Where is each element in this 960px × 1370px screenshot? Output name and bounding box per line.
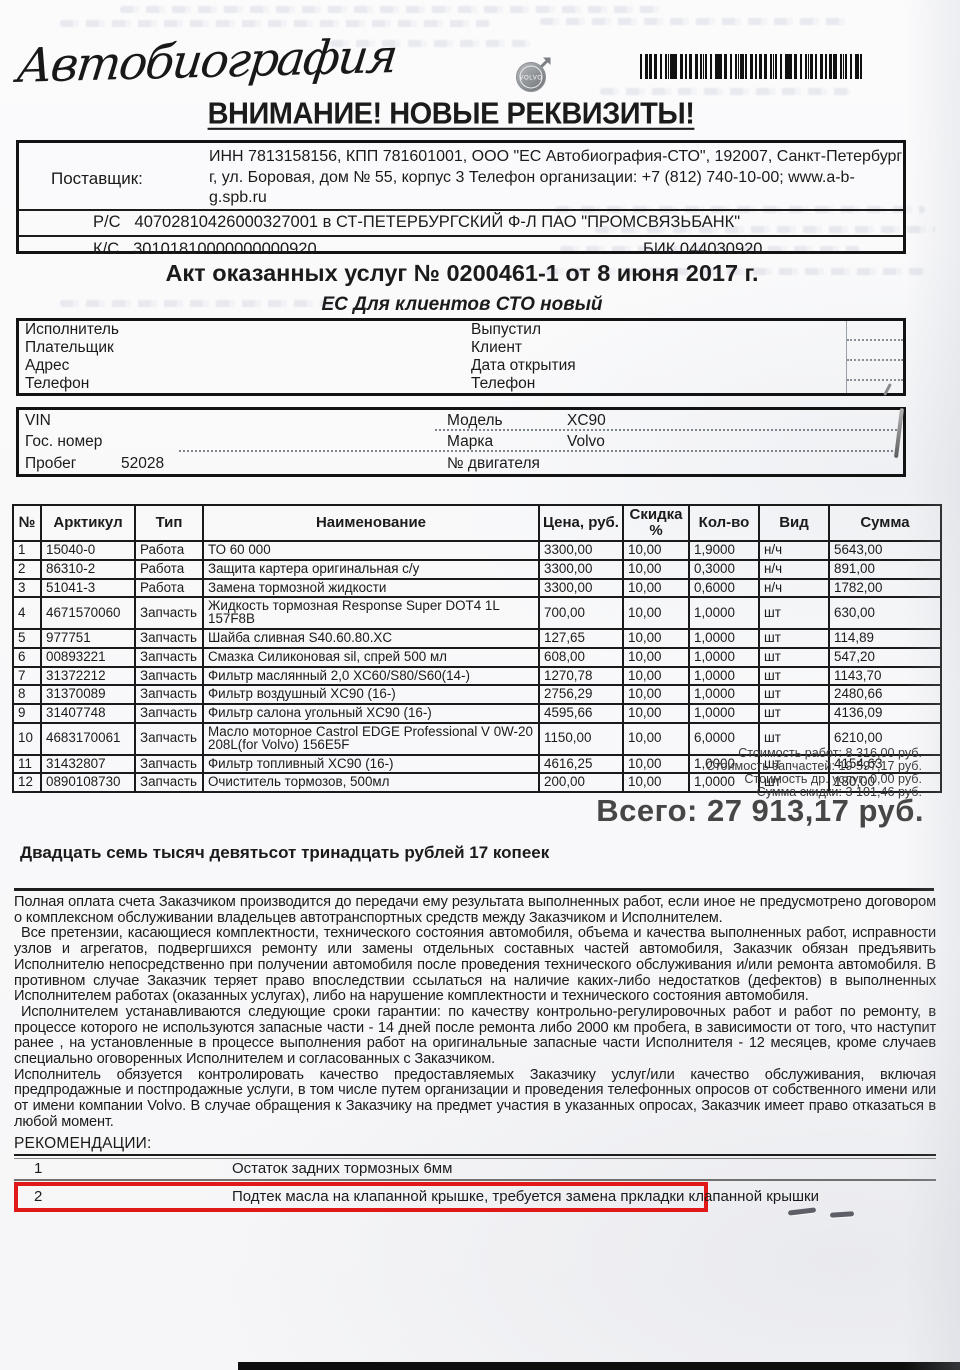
form-label: № двигателя bbox=[447, 455, 540, 472]
table-row: 2 86310-2 Работа Защита картера оригинал… bbox=[13, 560, 941, 579]
correspondent-account-row: К/С30101810000000000920 БИК 044030920 bbox=[19, 235, 903, 262]
cell-num: 10 bbox=[13, 723, 41, 755]
attention-title: ВНИМАНИЕ! НОВЫЕ РЕКВИЗИТЫ! bbox=[0, 97, 902, 132]
cell-unit: шт bbox=[759, 685, 829, 704]
form-label: Клиент bbox=[471, 339, 522, 356]
cell-discount: 10,00 bbox=[623, 773, 689, 792]
table-row: 6 00893221 Запчасть Смазка Силиконовая s… bbox=[13, 648, 941, 667]
cell-name: Фильтр маслянный 2,0 XC60/S80/S60(14-) bbox=[203, 667, 539, 686]
scan-edge-shadow bbox=[238, 1362, 960, 1370]
barcode bbox=[640, 54, 862, 79]
cell-price: 3300,00 bbox=[539, 560, 623, 579]
cell-sum: 4136,09 bbox=[829, 704, 941, 723]
cell-name: ТО 60 000 bbox=[203, 541, 539, 560]
terms-paragraph: Полная оплата счета Заказчиком производи… bbox=[14, 895, 936, 926]
cell-type: Запчасть bbox=[135, 667, 203, 686]
cell-discount: 10,00 bbox=[623, 685, 689, 704]
form-row: № двигателя bbox=[447, 453, 540, 474]
cell-article: 51041-3 bbox=[41, 579, 135, 598]
cell-article: 31370089 bbox=[41, 685, 135, 704]
cell-discount: 10,00 bbox=[623, 704, 689, 723]
cell-sum: 1782,00 bbox=[829, 579, 941, 598]
form-label: Марка bbox=[447, 433, 493, 450]
cell-name: Замена тормозной жидкости bbox=[203, 579, 539, 598]
settlement-account-row: Р/С40702810426000327001 в СТ-ПЕТЕРБУРГСК… bbox=[19, 209, 903, 235]
table-row: 9 31407748 Запчасть Фильтр салона угольн… bbox=[13, 704, 941, 723]
bleedthrough-text bbox=[540, 18, 850, 25]
items-table-header-cell: Сумма bbox=[829, 505, 941, 541]
cell-type: Работа bbox=[135, 579, 203, 598]
cell-type: Запчасть bbox=[135, 704, 203, 723]
cell-price: 700,00 bbox=[539, 597, 623, 629]
form-value: 52028 bbox=[121, 453, 164, 474]
volvo-logo-text: VOLVO bbox=[519, 76, 542, 82]
bleedthrough-text bbox=[60, 20, 490, 27]
cell-unit: н/ч bbox=[759, 579, 829, 598]
cell-name: Защита картера оригинальная с/у bbox=[203, 560, 539, 579]
vehicle-left-column: VIN Гос. номер Пробег 52028 bbox=[25, 410, 102, 474]
recommendation-text: Подтек масла на клапанной крышке, требуе… bbox=[232, 1187, 819, 1206]
cell-price: 3300,00 bbox=[539, 579, 623, 598]
cell-article: 31372212 bbox=[41, 667, 135, 686]
cell-discount: 10,00 bbox=[623, 629, 689, 648]
cell-type: Запчасть bbox=[135, 597, 203, 629]
form-value: XC90 bbox=[567, 410, 606, 431]
dotted-fill-line bbox=[435, 429, 897, 431]
cell-discount: 10,00 bbox=[623, 579, 689, 598]
cell-type: Запчасть bbox=[135, 755, 203, 774]
cell-name: Фильтр топливный XC90 (16-) bbox=[203, 755, 539, 774]
form-row: Клиент bbox=[471, 339, 576, 357]
cell-price: 1270,78 bbox=[539, 667, 623, 686]
cell-num: 12 bbox=[13, 773, 41, 792]
cell-discount: 10,00 bbox=[623, 755, 689, 774]
cell-sum: 547,20 bbox=[829, 648, 941, 667]
table-row: 4 4671570060 Запчасть Жидкость тормозная… bbox=[13, 597, 941, 629]
cell-article: 0890108730 bbox=[41, 773, 135, 792]
cell-unit: шт bbox=[759, 629, 829, 648]
dotted-fill-line bbox=[179, 450, 897, 452]
form-label: Адрес bbox=[25, 357, 69, 374]
cell-num: 9 bbox=[13, 704, 41, 723]
client-info-box: ИсполнительПлательщикАдресТелефон Выпуст… bbox=[16, 318, 906, 396]
terms-paragraph: Исполнителем устанавливаются следующие с… bbox=[14, 1005, 936, 1068]
form-label: VIN bbox=[25, 412, 51, 429]
supplier-label: Поставщик: bbox=[19, 145, 209, 209]
form-label: Телефон bbox=[25, 375, 89, 392]
section-divider bbox=[14, 888, 934, 891]
form-row: Адрес bbox=[25, 357, 119, 375]
form-row: Дата открытия bbox=[471, 357, 576, 375]
cell-discount: 10,00 bbox=[623, 597, 689, 629]
total-line: Стоимость др. услуг: 0,00 руб. bbox=[706, 773, 922, 786]
vehicle-right-column: Модель XC90 Марка Volvo № двигателя bbox=[447, 410, 540, 474]
cell-qty: 0,6000 bbox=[689, 579, 759, 598]
cell-article: 31407748 bbox=[41, 704, 135, 723]
cell-type: Запчасть bbox=[135, 723, 203, 755]
cell-num: 4 bbox=[13, 597, 41, 629]
totals-block: Стоимость работ: 8 316,00 руб.Стоимость … bbox=[706, 747, 922, 799]
supplier-details: ИНН 7813158156, КПП 781601001, ООО "ЕС А… bbox=[209, 145, 903, 209]
form-row: Плательщик bbox=[25, 339, 119, 357]
volvo-logo-icon: VOLVO bbox=[512, 54, 554, 96]
table-row: 3 51041-3 Работа Замена тормозной жидкос… bbox=[13, 579, 941, 598]
amount-in-words: Двадцать семь тысяч девятьсот тринадцать… bbox=[20, 843, 549, 863]
supplier-details-line: g.spb.ru bbox=[209, 188, 903, 209]
act-title: Акт оказанных услуг № 0200461-1 от 8 июн… bbox=[0, 260, 924, 287]
grand-total: Всего: 27 913,17 руб. bbox=[596, 793, 924, 829]
table-row: 5 977751 Запчасть Шайба сливная S40.60.8… bbox=[13, 629, 941, 648]
cell-num: 2 bbox=[13, 560, 41, 579]
cell-unit: шт bbox=[759, 648, 829, 667]
cell-name: Жидкость тормозная Response Super DOT4 1… bbox=[203, 597, 539, 629]
supplier-details-line: ИНН 7813158156, КПП 781601001, ООО "ЕС А… bbox=[209, 147, 903, 168]
total-line: Стоимость запчастей: 19 597,17 руб. bbox=[706, 760, 922, 773]
recommendations-title: РЕКОМЕНДАЦИИ: bbox=[14, 1135, 936, 1154]
recommendations-section: РЕКОМЕНДАЦИИ: 1 Остаток задних тормозных… bbox=[14, 1135, 936, 1212]
cell-name: Фильтр воздушный XC90 (16-) bbox=[203, 685, 539, 704]
items-table-header-cell: Тип bbox=[135, 505, 203, 541]
cell-article: 31432807 bbox=[41, 755, 135, 774]
cell-sum: 891,00 bbox=[829, 560, 941, 579]
cell-article: 15040-0 bbox=[41, 541, 135, 560]
cell-type: Запчасть bbox=[135, 629, 203, 648]
items-table-header-cell: Наименование bbox=[203, 505, 539, 541]
form-row: Выпустил bbox=[471, 321, 576, 339]
cell-article: 4671570060 bbox=[41, 597, 135, 629]
cell-name: Фильтр салона угольный XC90 (16-) bbox=[203, 704, 539, 723]
form-label: Модель bbox=[447, 412, 503, 429]
cell-qty: 1,0000 bbox=[689, 648, 759, 667]
cell-num: 3 bbox=[13, 579, 41, 598]
cell-type: Запчасть bbox=[135, 648, 203, 667]
form-label: Исполнитель bbox=[25, 321, 119, 338]
cell-article: 977751 bbox=[41, 629, 135, 648]
form-row: Пробег 52028 bbox=[25, 453, 102, 474]
staple-mark bbox=[830, 1211, 854, 1218]
cell-type: Запчасть bbox=[135, 685, 203, 704]
table-row: 1 15040-0 Работа ТО 60 000 3300,00 10,00… bbox=[13, 541, 941, 560]
rs-value: 40702810426000327001 в СТ-ПЕТЕРБУРГСКИЙ … bbox=[135, 213, 741, 231]
items-table-header-cell: Арктикул bbox=[41, 505, 135, 541]
form-label: Гос. номер bbox=[25, 433, 102, 450]
items-table-header-cell: Кол-во bbox=[689, 505, 759, 541]
cell-unit: шт bbox=[759, 597, 829, 629]
cell-qty: 1,0000 bbox=[689, 667, 759, 686]
form-row: Телефон bbox=[25, 375, 119, 393]
cell-qty: 1,0000 bbox=[689, 597, 759, 629]
recommendation-row: 1 Остаток задних тормозных 6мм bbox=[14, 1159, 936, 1181]
ks-label: К/С bbox=[93, 240, 119, 258]
form-label: Выпустил bbox=[471, 321, 541, 338]
cell-num: 7 bbox=[13, 667, 41, 686]
items-table-header-cell: № bbox=[13, 505, 41, 541]
cell-article: 00893221 bbox=[41, 648, 135, 667]
form-row: Телефон bbox=[471, 375, 576, 393]
items-table-header-cell: Вид bbox=[759, 505, 829, 541]
items-table-header-cell: Скидка % bbox=[623, 505, 689, 541]
cell-qty: 1,0000 bbox=[689, 704, 759, 723]
cell-price: 4616,25 bbox=[539, 755, 623, 774]
bleedthrough-text bbox=[120, 6, 660, 13]
form-label: Плательщик bbox=[25, 339, 114, 356]
cell-article: 86310-2 bbox=[41, 560, 135, 579]
cell-sum: 114,89 bbox=[829, 629, 941, 648]
cell-type: Работа bbox=[135, 541, 203, 560]
cell-sum: 1143,70 bbox=[829, 667, 941, 686]
cell-qty: 1,9000 bbox=[689, 541, 759, 560]
cell-discount: 10,00 bbox=[623, 541, 689, 560]
cell-qty: 1,0000 bbox=[689, 685, 759, 704]
cell-discount: 10,00 bbox=[623, 667, 689, 686]
total-line: Стоимость работ: 8 316,00 руб. bbox=[706, 747, 922, 760]
terms-paragraph: Исполнитель обязуется контролировать кач… bbox=[14, 1068, 936, 1131]
form-label: Телефон bbox=[471, 375, 535, 392]
cell-price: 4595,66 bbox=[539, 704, 623, 723]
form-row: VIN bbox=[25, 410, 102, 431]
cell-num: 1 bbox=[13, 541, 41, 560]
form-fill-column bbox=[846, 321, 903, 393]
cell-type: Работа bbox=[135, 560, 203, 579]
cell-name: Масло моторное Castrol EDGE Professional… bbox=[203, 723, 539, 755]
cell-type: Запчасть bbox=[135, 773, 203, 792]
cell-sum: 5643,00 bbox=[829, 541, 941, 560]
cell-unit: н/ч bbox=[759, 560, 829, 579]
cell-price: 200,00 bbox=[539, 773, 623, 792]
cell-num: 8 bbox=[13, 685, 41, 704]
recommendation-row: 2 Подтек масла на клапанной крышке, треб… bbox=[14, 1182, 708, 1212]
bleedthrough-text bbox=[600, 88, 850, 95]
cell-num: 6 bbox=[13, 648, 41, 667]
cell-name: Смазка Силиконовая sil, спрей 500 мл bbox=[203, 648, 539, 667]
terms-text: Полная оплата счета Заказчиком производи… bbox=[14, 895, 936, 1131]
vehicle-info-box: VIN Гос. номер Пробег 52028 Модель XC90 … bbox=[16, 407, 906, 477]
document-page: Автобиография VOLVO ВНИМАНИЕ! НОВЫЕ РЕКВ… bbox=[0, 0, 960, 1370]
cell-num: 5 bbox=[13, 629, 41, 648]
recommendation-number: 1 bbox=[34, 1159, 42, 1178]
form-row: Гос. номер bbox=[25, 431, 102, 452]
cell-price: 3300,00 bbox=[539, 541, 623, 560]
cell-price: 127,65 bbox=[539, 629, 623, 648]
cell-discount: 10,00 bbox=[623, 723, 689, 755]
table-row: 7 31372212 Запчасть Фильтр маслянный 2,0… bbox=[13, 667, 941, 686]
form-label: Дата открытия bbox=[471, 357, 576, 374]
cell-name: Очиститель тормозов, 500мл bbox=[203, 773, 539, 792]
terms-paragraph: Все претензии, касающиеся комплектности,… bbox=[14, 926, 936, 1005]
cell-qty: 0,3000 bbox=[689, 560, 759, 579]
client-info-right-column: ВыпустилКлиентДата открытияТелефон bbox=[471, 321, 576, 393]
form-label: Пробег bbox=[25, 455, 76, 472]
act-subtitle: ЕС Для клиентов СТО новый bbox=[0, 294, 924, 316]
cell-sum: 630,00 bbox=[829, 597, 941, 629]
cell-num: 11 bbox=[13, 755, 41, 774]
supplier-details-line: г, ул. Боровая, дом № 55, корпус 3 Телеф… bbox=[209, 168, 903, 189]
cell-qty: 1,0000 bbox=[689, 629, 759, 648]
cell-name: Шайба сливная S40.60.80.XC bbox=[203, 629, 539, 648]
cell-discount: 10,00 bbox=[623, 560, 689, 579]
cell-price: 2756,29 bbox=[539, 685, 623, 704]
form-row: Исполнитель bbox=[25, 321, 119, 339]
cell-article: 4683170061 bbox=[41, 723, 135, 755]
supplier-box: Поставщик: ИНН 7813158156, КПП 781601001… bbox=[16, 140, 906, 254]
cell-discount: 10,00 bbox=[623, 648, 689, 667]
rs-label: Р/С bbox=[93, 213, 121, 231]
ks-value: 30101810000000000920 bbox=[133, 240, 317, 258]
cell-unit: шт bbox=[759, 704, 829, 723]
bik-value: БИК 044030920 bbox=[643, 240, 762, 259]
table-row: 8 31370089 Запчасть Фильтр воздушный XC9… bbox=[13, 685, 941, 704]
cell-price: 1150,00 bbox=[539, 723, 623, 755]
cell-price: 608,00 bbox=[539, 648, 623, 667]
client-info-left-column: ИсполнительПлательщикАдресТелефон bbox=[25, 321, 119, 393]
recommendation-number: 2 bbox=[34, 1187, 42, 1206]
recommendation-text: Остаток задних тормозных 6мм bbox=[232, 1159, 452, 1178]
items-table-header-cell: Цена, руб. bbox=[539, 505, 623, 541]
cell-sum: 2480,66 bbox=[829, 685, 941, 704]
company-logo-text: Автобиография bbox=[14, 29, 399, 94]
cell-unit: н/ч bbox=[759, 541, 829, 560]
items-table-header-row: №АрктикулТипНаименованиеЦена, руб.Скидка… bbox=[13, 505, 941, 541]
cell-unit: шт bbox=[759, 667, 829, 686]
